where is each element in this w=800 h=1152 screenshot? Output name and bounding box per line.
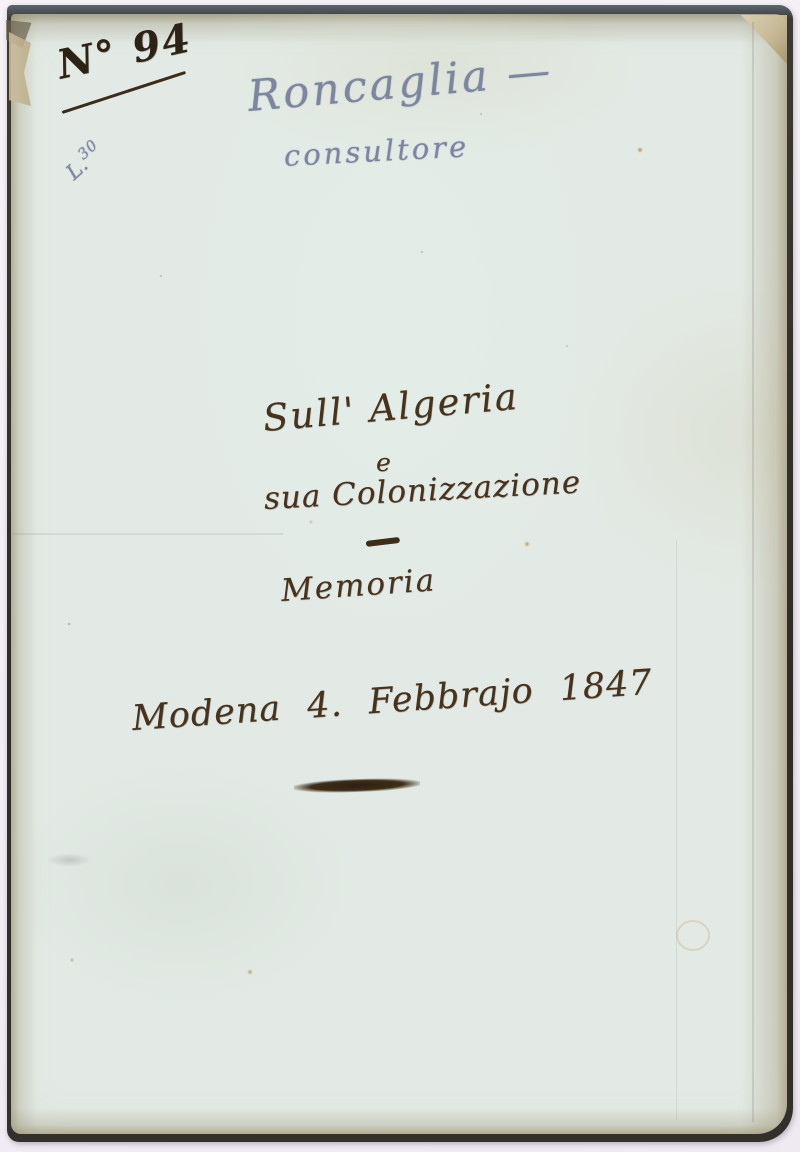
title-conjunction: e xyxy=(376,448,391,477)
ring-stain xyxy=(676,920,710,951)
manuscript-scan: N° 94 L.30 Roncaglia — consultore Sull' … xyxy=(0,0,800,1152)
